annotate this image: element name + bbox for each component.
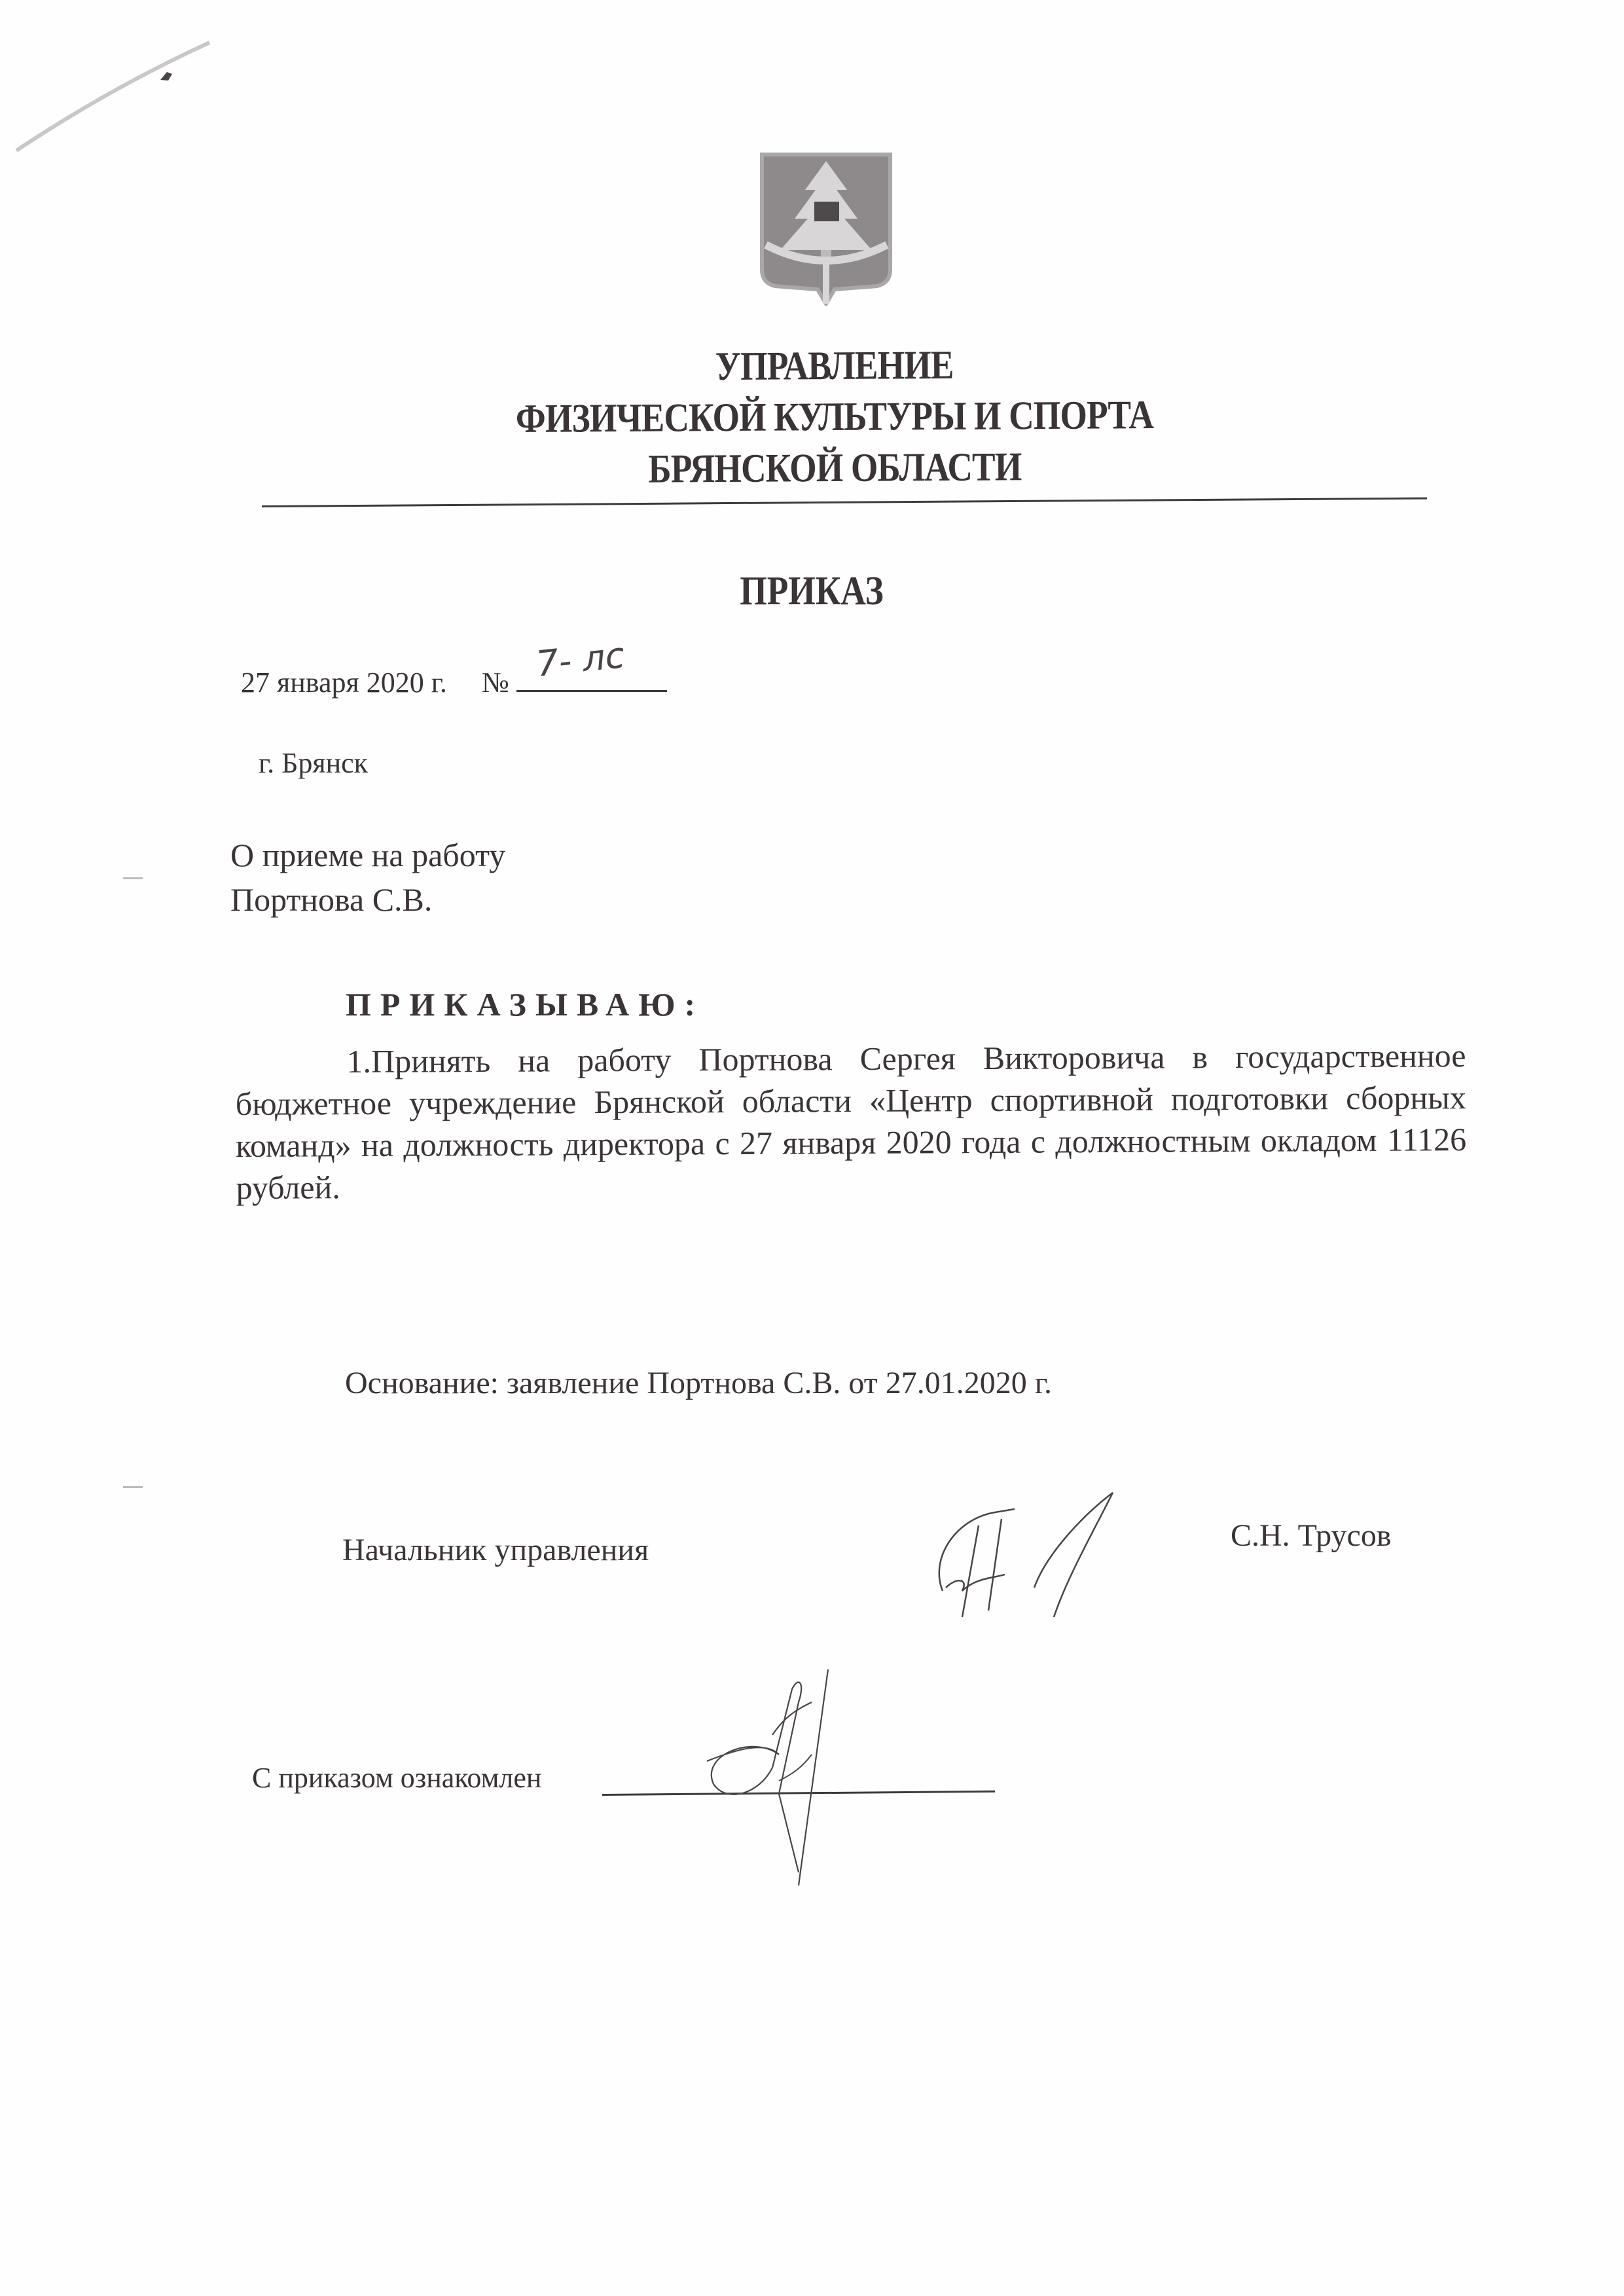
scan-artifact-mark — [13, 39, 223, 170]
acknowledgement-label: С приказом ознакомлен — [252, 1761, 541, 1795]
order-number-field: 7- лс — [516, 661, 667, 692]
basis-line: Основание: заявление Портнова С.В. от 27… — [345, 1365, 1052, 1401]
order-subject: О приеме на работу Портнова С.В. — [230, 833, 505, 922]
order-date: 27 января 2020 г. — [241, 666, 447, 699]
employee-signature-icon — [687, 1663, 884, 1886]
order-directive-heading: ПРИКАЗЫВАЮ: — [346, 985, 704, 1023]
head-signature-icon — [916, 1480, 1178, 1624]
subject-line-1: О приеме на работу — [230, 833, 505, 877]
order-number-handwritten: 7- лс — [534, 634, 626, 685]
coat-of-arms-icon — [759, 152, 893, 306]
date-number-line: 27 января 2020 г. № 7- лс — [241, 661, 667, 699]
signatory-name: С.Н. Трусов — [1231, 1518, 1392, 1554]
document-type-title: ПРИКАЗ — [693, 568, 929, 615]
subject-line-2: Портнова С.В. — [230, 877, 505, 922]
header-divider — [262, 498, 1427, 507]
header-line-2: ФИЗИЧЕСКОЙ КУЛЬТУРЫ И СПОРТА — [432, 389, 1237, 445]
organization-header: УПРАВЛЕНИЕ ФИЗИЧЕСКОЙ КУЛЬТУРЫ И СПОРТА … — [432, 338, 1238, 496]
order-paragraph-1: 1.Принять на работу Портнова Сергея Викт… — [235, 1034, 1466, 1209]
number-label: № — [482, 666, 509, 699]
margin-punch-mark — [123, 1486, 143, 1488]
paragraph-1-text: 1.Принять на работу Портнова Сергея Викт… — [236, 1037, 1467, 1206]
header-line-3: БРЯНСКОЙ ОБЛАСТИ — [432, 440, 1237, 496]
header-line-1: УПРАВЛЕНИЕ — [432, 338, 1237, 393]
margin-punch-mark — [123, 877, 143, 879]
city: г. Брянск — [259, 746, 368, 780]
signatory-title: Начальник управления — [342, 1532, 649, 1568]
